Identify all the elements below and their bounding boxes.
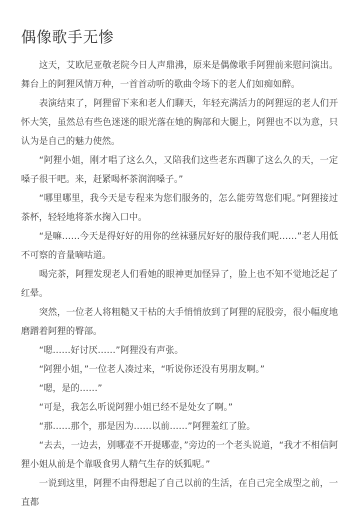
story-paragraph: “阿狸小姐，刚才唱了这么久，又陪我们这些老东西聊了这么久的天，一定嗓子很干吧。来… [21, 152, 338, 190]
story-paragraph: 表演结束了，阿狸留下来和老人们聊天，年轻充满活力的阿狸逗的老人们开怀大笑，虽然总… [21, 95, 338, 152]
story-paragraph: 喝完茶，阿狸发现老人们看她的眼神更加怪异了，脸上也不知不觉地泛起了红晕。 [21, 266, 338, 304]
story-paragraph: 一说到这里，阿狸不由得想起了自己以前的生活，在自己完全成型之前，一直都 [21, 475, 338, 509]
story-body: 这天，艾欧尼亚敬老院今日人声鼎沸，原来是偶像歌手阿狸前来慰问演出。舞台上的阿狸风… [21, 57, 338, 509]
story-paragraph: “去去，一边去，别哪壶不开提哪壶，”旁边的一个老头说道，“我才不相信阿狸小姐从前… [21, 437, 338, 475]
page-title: 偶像歌手无惨 [21, 28, 338, 47]
story-paragraph: 这天，艾欧尼亚敬老院今日人声鼎沸，原来是偶像歌手阿狸前来慰问演出。舞台上的阿狸风… [21, 57, 338, 95]
story-paragraph: “阿狸小姐，”一位老人凑过来，“听说你还没有男朋友啊。” [21, 361, 338, 380]
story-paragraph: “嗯，是的……” [21, 380, 338, 399]
story-paragraph: “那……那个，那是因为……以前……”阿狸羞红了脸。 [21, 418, 338, 437]
story-paragraph: “可是，我怎么听说阿狸小姐已经不是处女了啊。” [21, 399, 338, 418]
document-page: 偶像歌手无惨 这天，艾欧尼亚敬老院今日人声鼎沸，原来是偶像歌手阿狸前来慰问演出。… [0, 0, 360, 509]
story-paragraph: 突然，一位老人将粗糙又干枯的大手悄悄放到了阿狸的屁股旁，很小幅度地磨蹭着阿狸的臀… [21, 304, 338, 342]
story-paragraph: “哪里哪里，我今天是专程来为您们服务的，怎么能劳驾您们呢。”阿狸接过茶杯，轻轻地… [21, 190, 338, 228]
story-paragraph: “嗯……好讨厌……”阿狸没有声张。 [21, 342, 338, 361]
story-paragraph: “是嘛……今天是得好好的用你的丝袜骚尻好好的服侍我们呢……”老人用低不可察的音量… [21, 228, 338, 266]
